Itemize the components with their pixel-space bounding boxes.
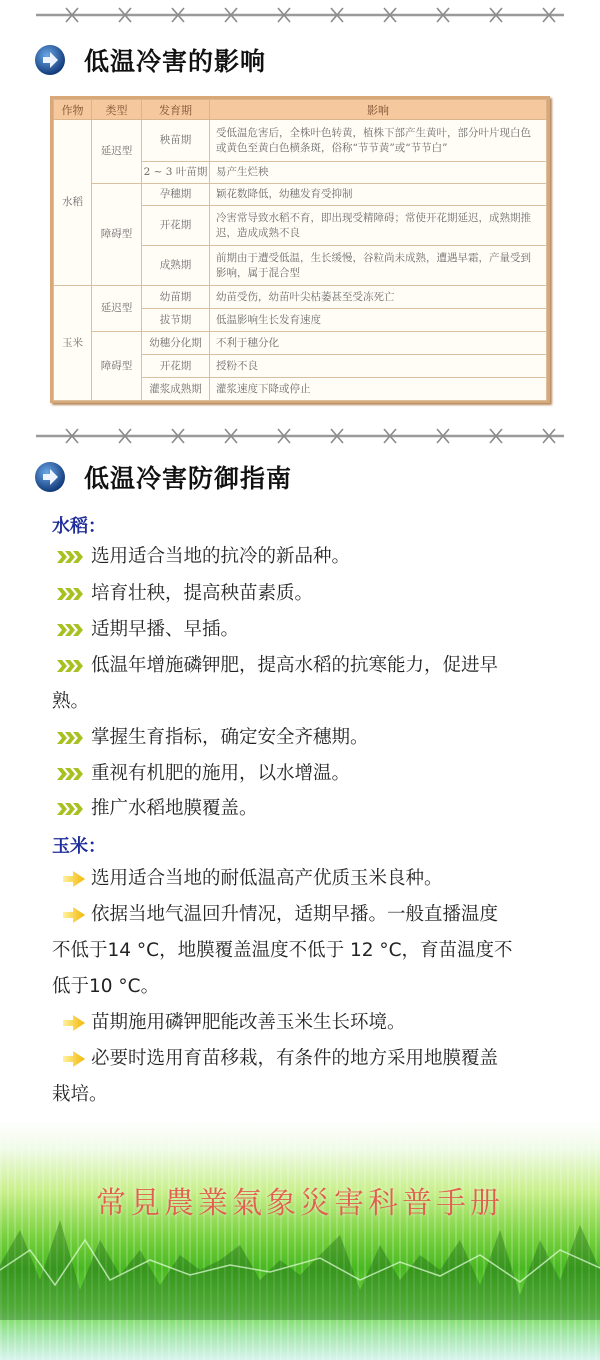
triple-chevron-icon [57,551,85,563]
effect-cell: 前期由于遭受低温，生长缓慢，谷粒尚未成熟，遭遇早霜，产量受到影响，属于混合型 [210,246,547,286]
effect-cell: 易产生烂秧 [210,162,547,184]
rice-guide-item: 掌握生育指标，确定安全齐穗期。 [57,720,557,756]
type-cell: 障碍型 [92,332,142,401]
section-heading-prevention: 低温冷害防御指南 [34,457,292,497]
stage-cell: 孕穗期 [142,184,210,206]
section-title: 低温冷害防御指南 [84,459,292,495]
rice-guide-item: 推广水稻地膜覆盖。 [57,791,557,827]
corn-guide-item-continued: 低于10 °C。 [52,969,552,1005]
type-cell: 延迟型 [92,120,142,184]
stage-cell: 幼穗分化期 [142,332,210,355]
yellow-arrow-icon [63,1015,85,1031]
rice-guide-item: 低温年增施磷钾肥，提高水稻的抗寒能力，促进早 [57,648,557,684]
rice-guide-item-continued: 熟。 [52,684,552,720]
effect-cell: 低温影响生长发育速度 [210,309,547,332]
corn-guide-item-continued: 不低于14 °C，地膜覆盖温度不低于 12 °C，育苗温度不 [52,933,552,969]
triple-chevron-icon [57,660,85,672]
corn-guide-item: 选用适合当地的耐低温高产优质玉米良种。 [63,861,563,897]
section-heading-impact: 低温冷害的影响 [34,40,266,80]
corn-guide-item: 必要时选用育苗移栽，有条件的地方采用地膜覆盖 [63,1041,563,1077]
stage-cell: 开花期 [142,206,210,246]
table-row: 水稻 延迟型 秧苗期 受低温危害后，全株叶色转黄，植株下部产生黄叶，部分叶片现白… [54,120,547,162]
effect-cell: 灌浆速度下降或停止 [210,378,547,401]
yellow-arrow-icon [63,907,85,923]
corn-guide-item: 苗期施用磷钾肥能改善玉米生长环境。 [63,1005,563,1041]
table-row: 障碍型 幼穗分化期 不利于穗分化 [54,332,547,355]
rice-guide-item: 适期早播、早插。 [57,612,557,648]
stage-cell: 成熟期 [142,246,210,286]
effect-cell: 授粉不良 [210,355,547,378]
stage-cell: 秧苗期 [142,120,210,162]
corn-guide-item: 依据当地气温回升情况，适期早播。一般直播温度 [63,897,563,933]
table-header-row: 作物 类型 发育期 影响 [54,100,547,120]
barbed-wire-divider [36,6,564,24]
rice-guide-item: 选用适合当地的抗冷的新品种。 [57,539,557,575]
effect-cell: 幼苗受伤，幼苗叶尖枯萎甚至受冻死亡 [210,286,547,309]
section-title: 低温冷害的影响 [84,42,266,78]
crop-cell: 水稻 [54,120,92,286]
blue-arrow-circle-icon [34,44,66,76]
rice-guide-item: 培育壮秧，提高秧苗素质。 [57,576,557,612]
corn-guide-item-continued: 栽培。 [52,1077,552,1113]
effect-cell: 受低温危害后，全株叶色转黄，植株下部产生黄叶，部分叶片现白色或黄色至黄白色横条斑… [210,120,547,162]
header-type: 类型 [92,100,142,120]
header-crop: 作物 [54,100,92,120]
triple-chevron-icon [57,588,85,600]
type-cell: 延迟型 [92,286,142,332]
sound-wave-decoration [0,1210,600,1320]
stage-cell: 开花期 [142,355,210,378]
barbed-wire-divider [36,427,564,445]
stage-cell: 拔节期 [142,309,210,332]
rice-guide-item: 重视有机肥的施用，以水增温。 [57,756,557,792]
banner-title: 常見農業氣象災害科普手册 [50,1178,550,1222]
corn-label: 玉米： [52,832,106,858]
triple-chevron-icon [57,732,85,744]
stage-cell: 灌浆成熟期 [142,378,210,401]
impact-table: 作物 类型 发育期 影响 水稻 延迟型 秧苗期 受低温危害后，全株叶色转黄，植株… [50,96,550,403]
triple-chevron-icon [57,624,85,636]
effect-cell: 不利于穗分化 [210,332,547,355]
blue-arrow-circle-icon [34,461,66,493]
type-cell: 障碍型 [92,184,142,286]
rice-label: 水稻： [52,512,106,538]
yellow-arrow-icon [63,1051,85,1067]
header-effect: 影响 [210,100,547,120]
triple-chevron-icon [57,768,85,780]
stage-cell: 幼苗期 [142,286,210,309]
yellow-arrow-icon [63,871,85,887]
table-row: 玉米 延迟型 幼苗期 幼苗受伤，幼苗叶尖枯萎甚至受冻死亡 [54,286,547,309]
header-stage: 发育期 [142,100,210,120]
stage-cell: 2 ~ 3 叶苗期 [142,162,210,184]
table-row: 障碍型 孕穗期 颖花数降低，幼穗发育受抑制 [54,184,547,206]
effect-cell: 冷害常导致水稻不育，即出现受精障碍；常使开花期延迟，成熟期推迟，造成成熟不良 [210,206,547,246]
triple-chevron-icon [57,803,85,815]
footer-banner: 常見農業氣象災害科普手册 [0,1120,600,1360]
effect-cell: 颖花数降低，幼穗发育受抑制 [210,184,547,206]
crop-cell: 玉米 [54,286,92,401]
